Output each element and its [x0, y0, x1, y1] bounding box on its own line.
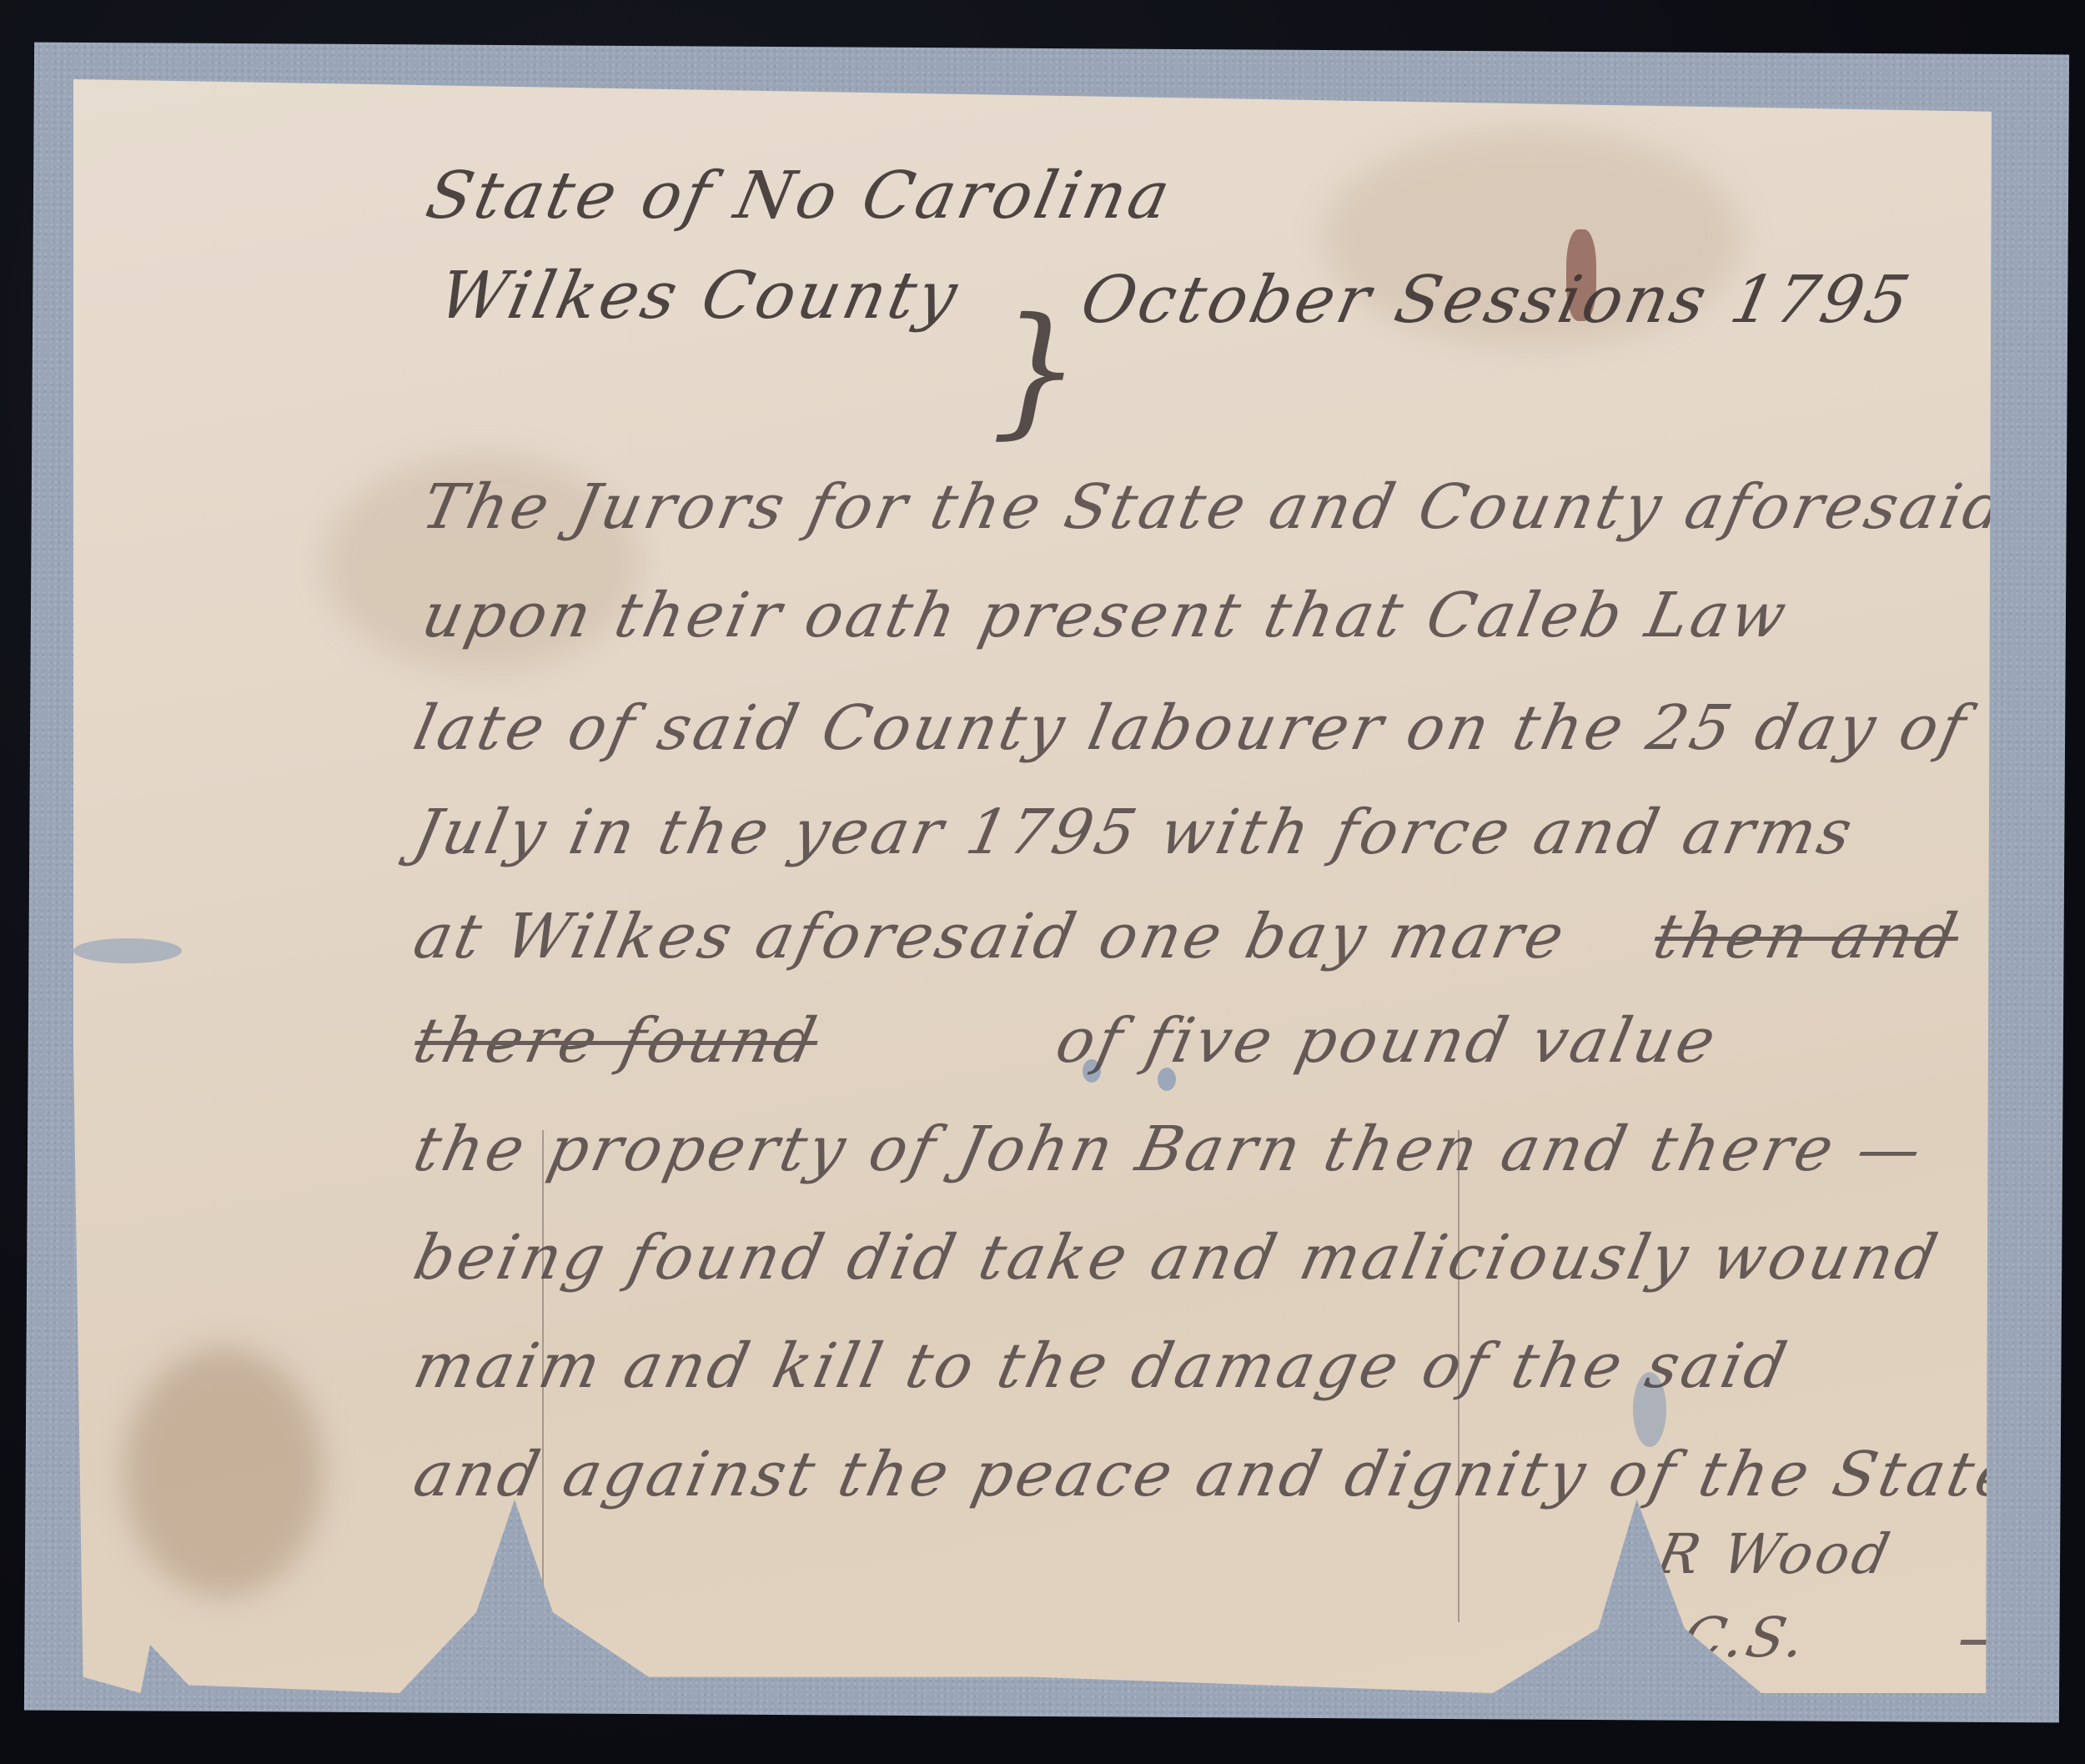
blue-spot — [1158, 1068, 1176, 1091]
ink-blot — [1566, 229, 1596, 321]
fold-line — [1458, 1130, 1459, 1622]
struck-text: then and — [1648, 901, 1967, 972]
water-stain — [123, 1347, 324, 1597]
body-line-4: July in the year 1795 with force and arm… — [408, 797, 1861, 868]
header-county: Wilkes County — [432, 259, 967, 334]
body-line-6: there found of five pound value — [408, 1005, 1725, 1077]
header-state: State of No Carolina — [420, 158, 1178, 234]
fold-line — [542, 1130, 544, 1622]
body-line-9: maim and kill to the damage of the said — [408, 1330, 1796, 1402]
blue-spot — [73, 938, 182, 963]
body-line-5-text: at Wilkes aforesaid one bay mare — [408, 901, 1574, 972]
body-line-3: late of said County labourer on the 25 d… — [408, 692, 1975, 764]
document-paper: State of No Carolina Wilkes County } Oct… — [73, 79, 1992, 1693]
signature-name: R Wood — [1651, 1522, 1898, 1586]
body-line-1: The Jurors for the State and County afor… — [416, 471, 2014, 543]
body-line-10: and against the peace and dignity of the… — [408, 1439, 2024, 1510]
body-line-5: at Wilkes aforesaid one bay mare then an… — [408, 901, 1967, 972]
water-stain — [1324, 129, 1741, 346]
handwritten-text: State of No Carolina Wilkes County } Oct… — [73, 79, 1992, 1693]
body-line-7: the property of John Barn then and there… — [408, 1113, 1931, 1185]
body-line-8: being found did take and maliciously wou… — [408, 1222, 1947, 1294]
blue-spot — [1083, 1059, 1101, 1083]
blue-spot — [1633, 1372, 1666, 1447]
struck-text: there found — [408, 1005, 826, 1077]
header-brace: } — [991, 288, 1081, 453]
body-line-6-text: of five pound value — [1050, 1005, 1725, 1077]
signature-title: C.S. — [1676, 1606, 2035, 1670]
water-stain — [324, 455, 641, 671]
